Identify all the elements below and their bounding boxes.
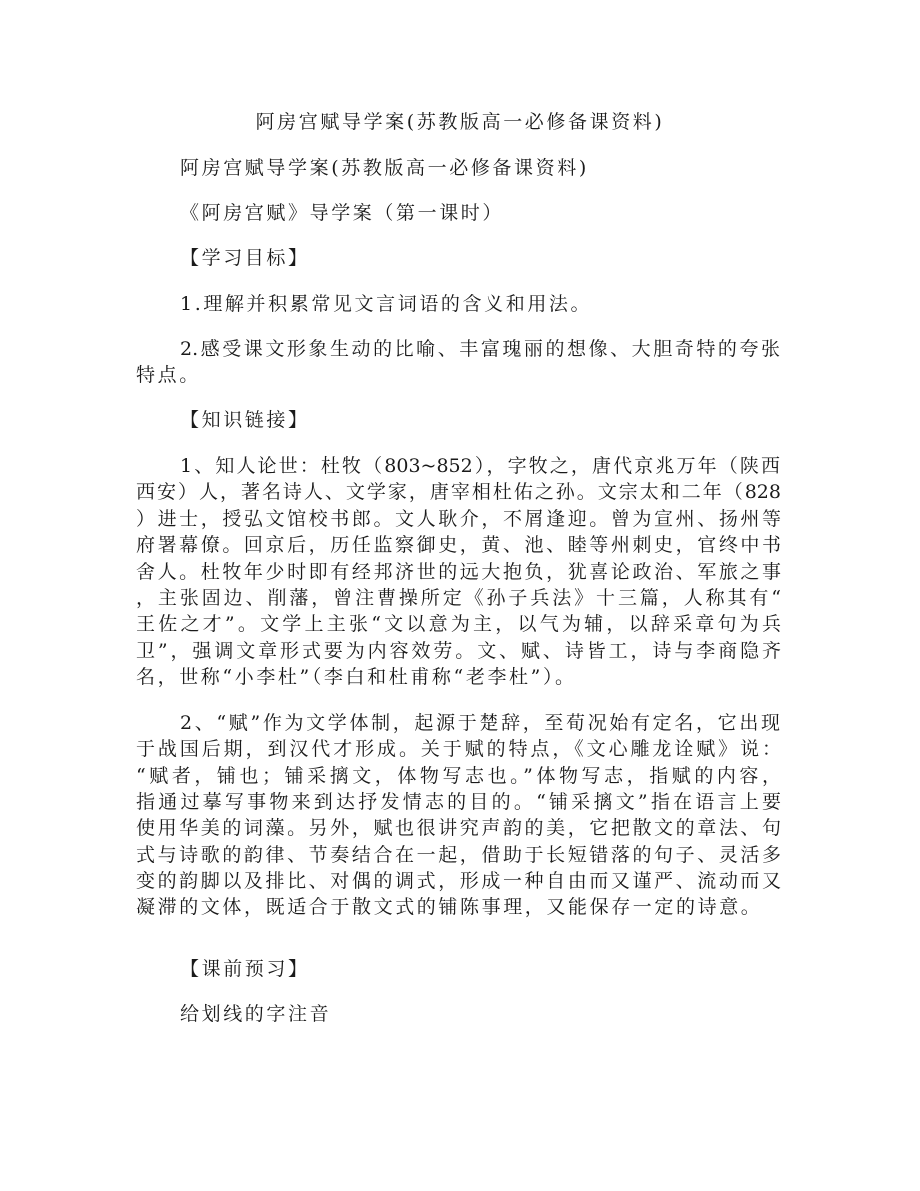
section-heading-objectives: 【学习目标】	[180, 245, 780, 271]
paragraph-line: 2、“赋”作为文学体制，起源于楚辞，至荀况始有定名，它出现	[180, 710, 780, 736]
document-page: 阿房宫赋导学案(苏教版高一必修备课资料) 阿房宫赋导学案(苏教版高一必修备课资料…	[0, 0, 920, 1191]
paragraph-line: 指通过摹写事物来到达抒发情志的目的。“铺采摛文”指在语言上要	[136, 789, 781, 815]
paragraph-line: 1、知人论世：杜牧（803~852），字牧之，唐代京兆万年（陕西	[180, 453, 780, 479]
paragraph-line: 卫”，强调文章形式要为内容效劳。文、赋、诗皆工，诗与李商隐齐	[136, 638, 781, 664]
paragraph-line: “赋者，铺也；铺采摛文，体物写志也。”体物写志，指赋的内容，	[136, 763, 781, 789]
preview-instruction: 给划线的字注音	[180, 1001, 780, 1027]
lesson-heading: 《阿房宫赋》导学案（第一课时）	[180, 200, 780, 226]
paragraph-line: 舍人。杜牧年少时即有经邦济世的远大抱负，犹喜论政治、军旅之事	[136, 559, 781, 585]
document-title: 阿房宫赋导学案(苏教版高一必修备课资料)	[0, 109, 920, 135]
objective-item-2-line-2: 特点。	[136, 362, 781, 388]
objective-item-1: 1.理解并积累常见文言词语的含义和用法。	[180, 291, 780, 317]
paragraph-line: 于战国后期，到汉代才形成。关于赋的特点，《文心雕龙诠赋》说：	[136, 736, 781, 762]
paragraph-line: 变的韵脚以及排比、对偶的调式，形成一种自由而又谨严、流动而又	[136, 868, 781, 894]
paragraph-line: ，主张固边、削藩，曾注曹操所定《孙子兵法》十三篇，人称其有“	[136, 585, 781, 611]
paragraph-line: 名，世称“小李杜”（李白和杜甫称“老李杜”）。	[136, 664, 781, 690]
paragraph-line: 凝滞的文体，既适合于散文式的铺陈事理，又能保存一定的诗意。	[136, 894, 781, 920]
section-heading-knowledge: 【知识链接】	[180, 407, 780, 433]
paragraph-line: 王佐之才”。文学上主张“文以意为主，以气为辅，以辞采章句为兵	[136, 611, 781, 637]
paragraph-line: 使用华美的词藻。另外，赋也很讲究声韵的美，它把散文的章法、句	[136, 815, 781, 841]
paragraph-line: 西安）人，著名诗人、文学家，唐宰相杜佑之孙。文宗太和二年（828	[136, 479, 781, 505]
objective-item-2-line-1: 2.感受课文形象生动的比喻、丰富瑰丽的想像、大胆奇特的夸张	[180, 336, 780, 362]
document-subtitle: 阿房宫赋导学案(苏教版高一必修备课资料)	[180, 155, 780, 181]
paragraph-line: ）进士，授弘文馆校书郎。文人耿介，不屑逢迎。曾为宣州、扬州等	[136, 506, 781, 532]
paragraph-line: 府署幕僚。回京后，历任监察御史，黄、池、睦等州刺史，官终中书	[136, 532, 781, 558]
section-heading-preview: 【课前预习】	[180, 956, 780, 982]
paragraph-line: 式与诗歌的韵律、节奏结合在一起，借助于长短错落的句子、灵活多	[136, 842, 781, 868]
